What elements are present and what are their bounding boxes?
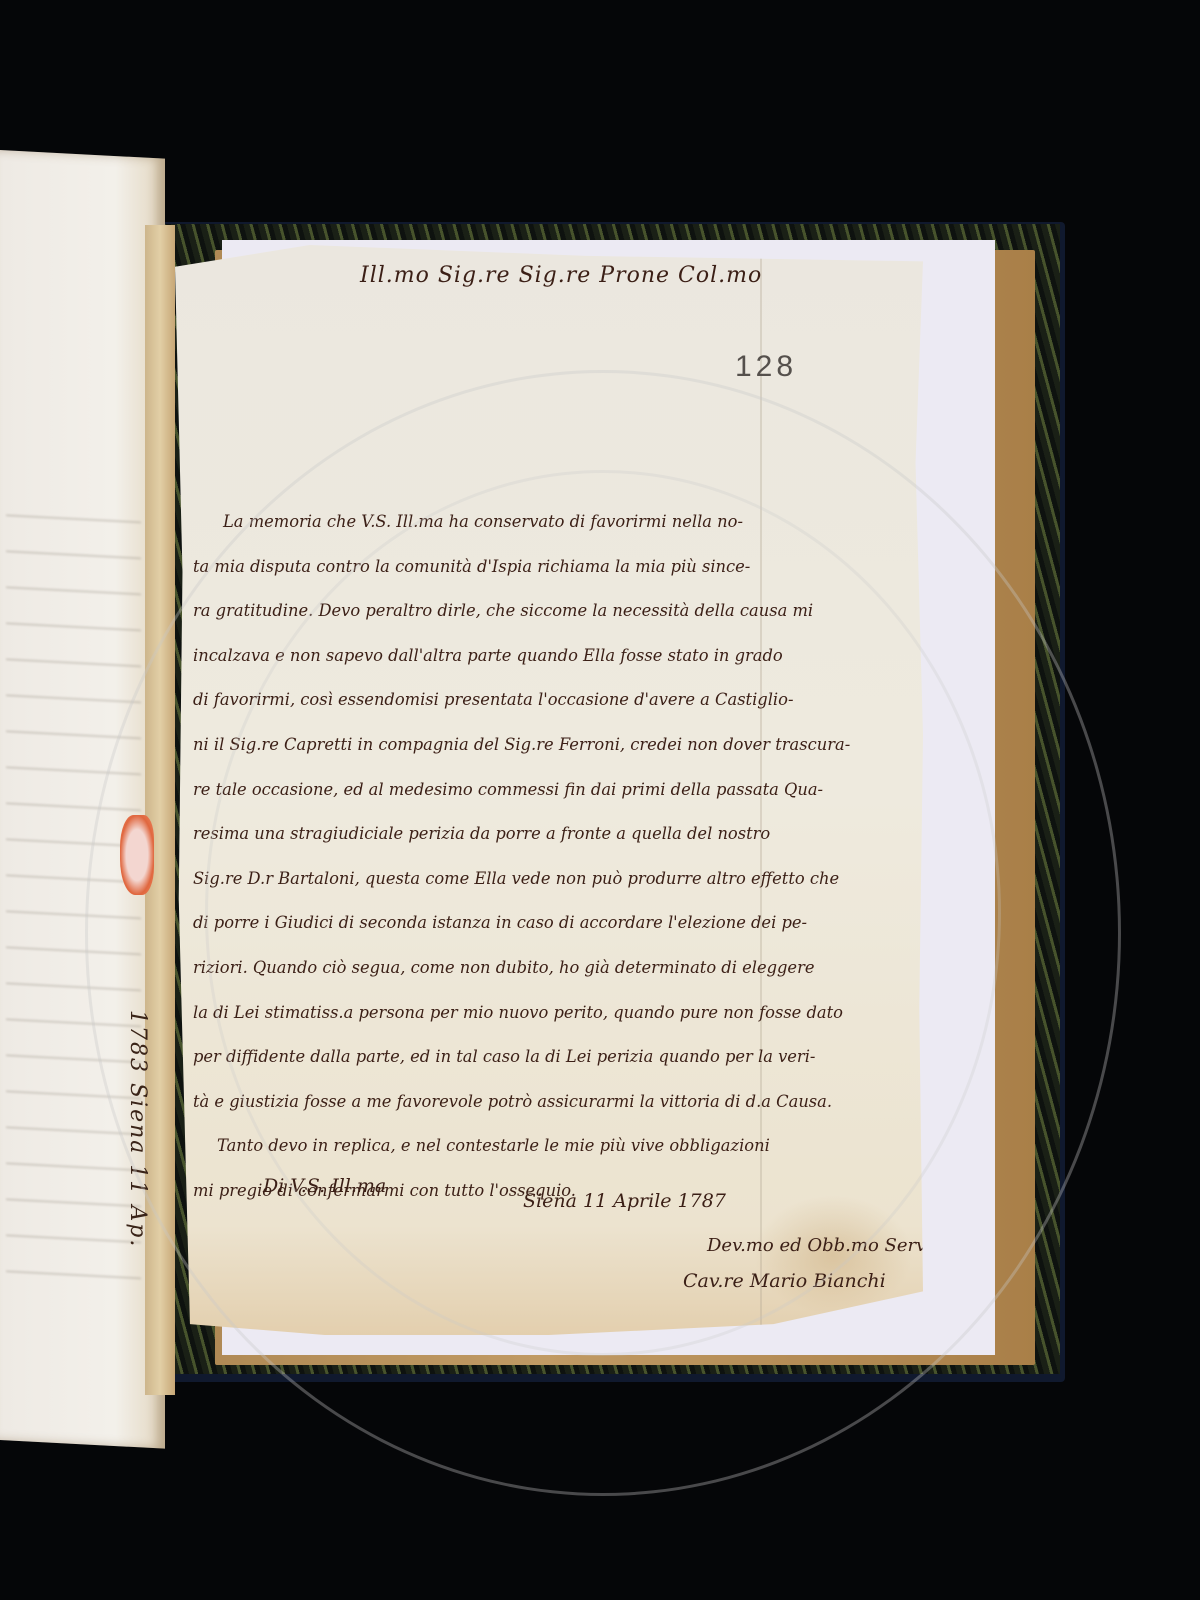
handwritten-letter: Ill.mo Sig.re Sig.re Prone Col.mo 128 La… [175,245,923,1335]
letter-line: ni il Sig.re Capretti in compagnia del S… [193,723,913,768]
letter-dateline: Siena 11 Aprile 1787 [523,1190,726,1212]
document-photo: 1783 Siena 11 Ap. Ill.mo Sig.re Sig.re P… [0,0,1200,1600]
letter-line: incalzava e non sapevo dall'altra parte … [193,634,913,679]
letter-line: Sig.re D.r Bartaloni, questa come Ella v… [193,857,913,902]
left-book-page [0,150,165,1449]
letter-salutation: Ill.mo Sig.re Sig.re Prone Col.mo [360,263,762,288]
signature-formula: Dev.mo ed Obb.mo Servo [707,1235,937,1256]
letter-line: di porre i Giudici di seconda istanza in… [193,901,913,946]
letter-body: La memoria che V.S. Ill.ma ha conservato… [193,500,913,1214]
letter-line: re tale occasione, ed al medesimo commes… [193,768,913,813]
letter-line: La memoria che V.S. Ill.ma ha conservato… [193,500,913,545]
letter-line: riziori. Quando ciò segua, come non dubi… [193,946,913,991]
signature-name: Cav.re Mario Bianchi [683,1270,886,1292]
red-wax-seal-remnant [120,815,154,895]
marginal-note: 1783 Siena 11 Ap. [120,1010,150,1250]
letter-line: di favorirmi, così essendomisi presentat… [193,678,913,723]
letter-line: resima una stragiudiciale perizia da por… [193,812,913,857]
letter-line: ta mia disputa contro la comunità d'Ispi… [193,545,913,590]
letter-line: tà e giustizia fosse a me favorevole pot… [193,1080,913,1125]
letter-line: la di Lei stimatiss.a persona per mio nu… [193,991,913,1036]
letter-line: per diffidente dalla parte, ed in tal ca… [193,1035,913,1080]
letter-line: ra gratitudine. Devo peraltro dirle, che… [193,589,913,634]
letter-line: Tanto devo in replica, e nel contestarle… [193,1124,913,1169]
archive-folio-number: 128 [735,350,797,384]
letter-closing: Di V.S. Ill.ma [263,1175,386,1197]
